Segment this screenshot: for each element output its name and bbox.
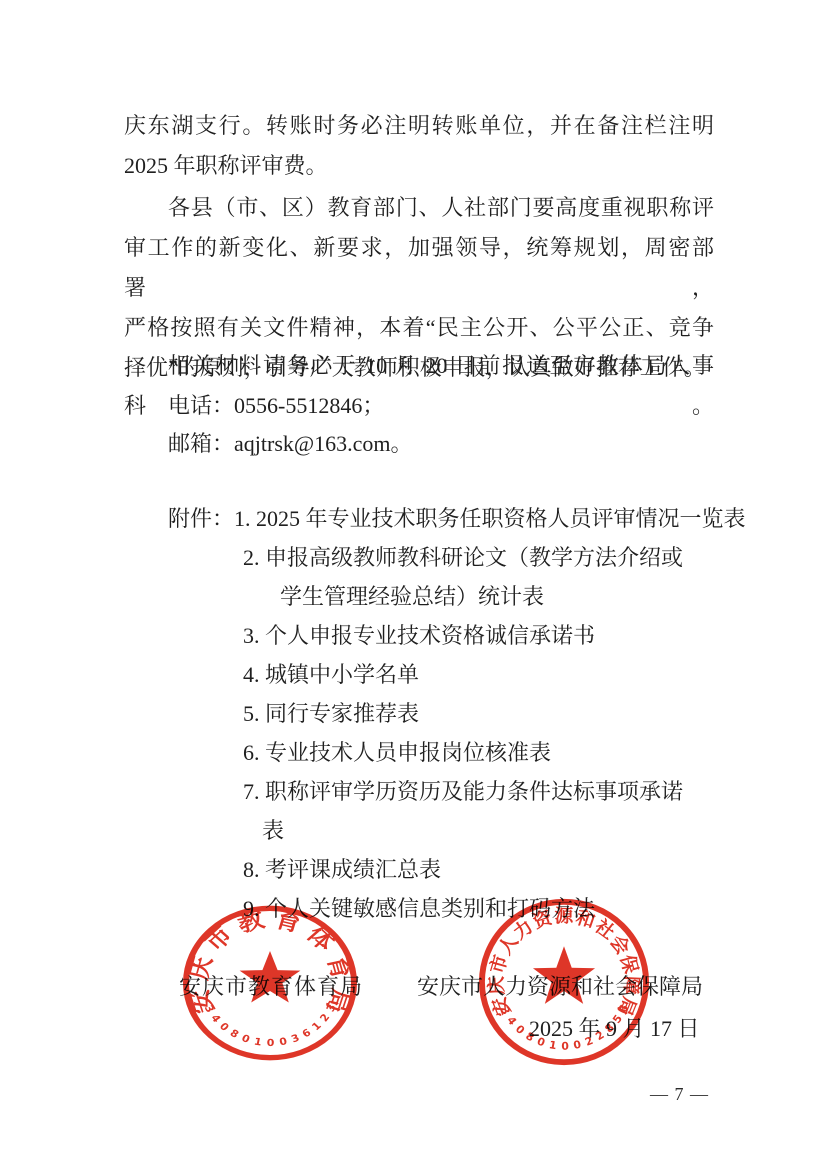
- attachment-item-2: 2. 申报高级教师教科研论文（教学方法介绍或: [124, 538, 744, 577]
- text-line: 电话：0556-5512846；: [124, 386, 714, 426]
- attachment-item-5: 5. 同行专家推荐表: [124, 694, 744, 733]
- attachment-item-7: 7. 职称评审学历资历及能力条件达标事项承诺: [124, 772, 744, 811]
- attachment-item-8: 8. 考评课成绩汇总表: [124, 850, 744, 889]
- attachments-section: 附件：1. 2025 年专业技术职务任职资格人员评审情况一览表 2. 申报高级教…: [124, 499, 744, 928]
- attachments-label-line: 附件：1. 2025 年专业技术职务任职资格人员评审情况一览表: [124, 499, 744, 538]
- attachment-item-6: 6. 专业技术人员申报岗位核准表: [124, 733, 744, 772]
- official-seal-education-bureau: 安庆市教育体育局 3408010036123: [180, 903, 360, 1063]
- contact-phone-line: 电话：0556-5512846；: [124, 386, 714, 426]
- attachments-label: 附件：: [168, 506, 234, 531]
- text-line: 审工作的新变化、新要求，加强领导，统筹规划，周密部署，: [124, 228, 714, 308]
- attachment-item-7-continuation: 表: [124, 811, 744, 850]
- page-number: — 7 —: [650, 1084, 709, 1105]
- official-seal-hr-social-security-bureau: 安庆市人力资源和社会保障局 3408010022856: [477, 897, 651, 1067]
- text-line: 庆东湖支行。转账时务必注明转账单位，并在备注栏注明: [124, 106, 714, 146]
- text-line: 2025 年职称评审费。: [124, 146, 714, 186]
- document-page: 庆东湖支行。转账时务必注明转账单位，并在备注栏注明 2025 年职称评审费。 各…: [0, 0, 827, 1169]
- text-line: 各县（市、区）教育部门、人社部门要高度重视职称评: [124, 188, 714, 228]
- text-line: 邮箱：aqjtrsk@163.com。: [124, 424, 714, 464]
- text-line: 严格按照有关文件精神，本着“民主公开、公平公正、竞争: [124, 308, 714, 348]
- body-paragraph-1: 庆东湖支行。转账时务必注明转账单位，并在备注栏注明 2025 年职称评审费。: [124, 106, 714, 186]
- attachment-item-3: 3. 个人申报专业技术资格诚信承诺书: [124, 616, 744, 655]
- contact-email-line: 邮箱：aqjtrsk@163.com。: [124, 424, 714, 464]
- attachment-item-2-continuation: 学生管理经验总结）统计表: [124, 577, 744, 616]
- attachment-item-1: 1. 2025 年专业技术职务任职资格人员评审情况一览表: [234, 506, 746, 531]
- seal-star-icon: [240, 951, 301, 1002]
- attachment-item-4: 4. 城镇中小学名单: [124, 655, 744, 694]
- seal-star-icon: [533, 946, 595, 1004]
